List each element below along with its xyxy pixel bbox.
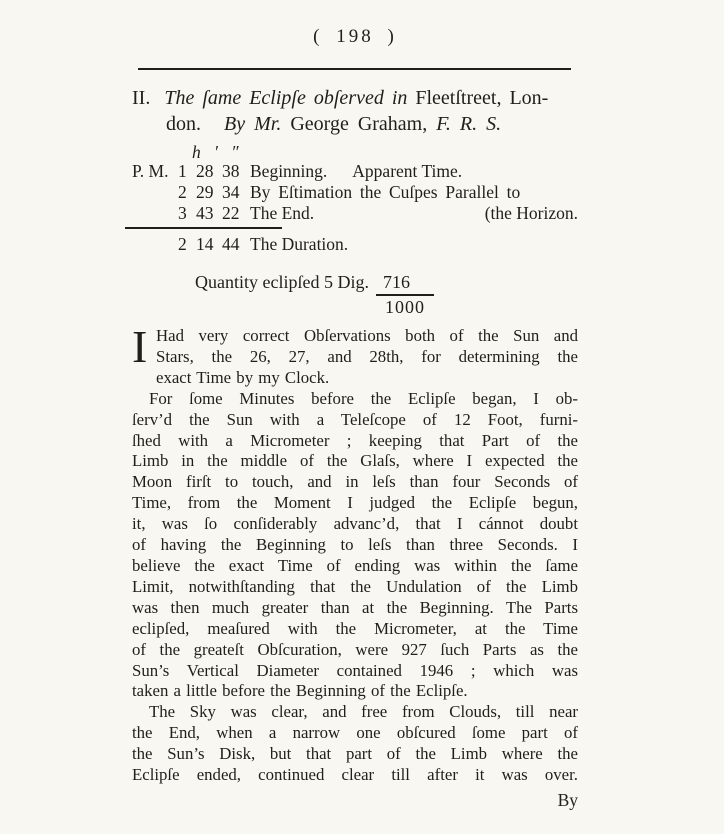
hours-value: 1 xyxy=(178,161,196,182)
quantity-label: Quantity eclipſed 5 Dig. xyxy=(195,272,369,292)
fraction-numerator: 716 xyxy=(376,272,434,296)
catchword: By xyxy=(132,790,578,811)
text-line: it, was ſo conſiderably advanc’d, that I… xyxy=(132,514,578,535)
text-line: of the greateſt Obſcuration, were 927 ſu… xyxy=(132,640,578,661)
drop-cap: I xyxy=(132,327,149,368)
row-note: The Duration. xyxy=(250,234,578,255)
text-line: taken a little before the Beginning of t… xyxy=(132,681,578,702)
minutes-value: 28 xyxy=(196,161,222,182)
event-label: Beginning. xyxy=(250,161,327,182)
quantity-eclipsed-line: Quantity eclipſed 5 Dig.7161000 xyxy=(132,272,578,318)
minutes-unit-label: ′ xyxy=(215,143,219,161)
text-line: exact Time by my Clock. xyxy=(132,368,578,389)
text-line: eclipſed, meaſured with the Micrometer, … xyxy=(132,619,578,640)
text-line: ſerv’d the Sun with a Teleſcope of 12 Fo… xyxy=(132,410,578,431)
article-numeral: II. xyxy=(132,87,150,109)
minutes-value: 14 xyxy=(196,234,222,255)
table-row: P. M. 1 28 38 Beginning. Apparent Time. xyxy=(132,161,578,182)
digits-fraction: 7161000 xyxy=(376,272,434,318)
paragraph-1: I Had very correct Obſervations both of … xyxy=(132,326,578,389)
text-line: Stars, the 26, 27, and 28th, for determi… xyxy=(132,347,578,368)
text-line: Time, from the Moment I judged the Eclip… xyxy=(132,493,578,514)
duration-label: The Duration. xyxy=(250,234,348,255)
author-honorific: F. R. S. xyxy=(436,113,501,135)
article-heading-line1: II. The ſame Eclipſe obſerved in Fleetſt… xyxy=(132,85,578,111)
seconds-value: 38 xyxy=(222,161,250,182)
minutes-value: 43 xyxy=(196,203,222,224)
text-line: Limit, notwithſtanding that the Undulati… xyxy=(132,577,578,598)
text-line: the End, when a narrow one obſcured ſome… xyxy=(132,723,578,744)
article-body: I Had very correct Obſervations both of … xyxy=(132,326,578,786)
hours-unit-label: h xyxy=(192,143,201,161)
time-system-label: Apparent Time. xyxy=(352,161,462,182)
table-row: 3 43 22 The End. (the Horizon. xyxy=(132,203,578,224)
author-name: George Graham, xyxy=(290,113,427,135)
text-line: Had very correct Obſervations both of th… xyxy=(132,326,578,347)
text-line: Eclipſe ended, continued clear till afte… xyxy=(132,765,578,786)
scanned-document-page: ( 198 ) II. The ſame Eclipſe obſerved in… xyxy=(0,0,724,834)
article-heading: II. The ſame Eclipſe obſerved in Fleetſt… xyxy=(132,85,578,137)
text-line: was then much greater than at the Beginn… xyxy=(132,598,578,619)
horizon-note: (the Horizon. xyxy=(485,203,578,224)
seconds-value: 44 xyxy=(222,234,250,255)
text-line: the Sun’s Disk, but that part of the Lim… xyxy=(132,744,578,765)
article-title-place: Fleetſtreet, Lon- xyxy=(415,87,548,109)
text-column: ( 198 ) II. The ſame Eclipſe obſerved in… xyxy=(132,0,578,811)
pm-label: P. M. xyxy=(132,161,178,182)
article-title-italic: The ſame Eclipſe obſerved in xyxy=(164,87,407,109)
page-number: ( 198 ) xyxy=(132,26,578,48)
hours-value: 2 xyxy=(178,234,196,255)
pm-label-empty xyxy=(132,203,178,224)
sum-rule xyxy=(125,227,282,229)
text-line: Sun’s Vertical Diameter contained 1946 ;… xyxy=(132,661,578,682)
fraction-denominator: 1000 xyxy=(376,296,434,318)
text-line: Moon firſt to touch, and in leſs than fo… xyxy=(132,472,578,493)
text-line: For ſome Minutes before the Eclipſe bega… xyxy=(132,389,578,410)
pm-label-empty xyxy=(132,234,178,255)
hours-value: 3 xyxy=(178,203,196,224)
event-label: The End. xyxy=(250,203,314,224)
seconds-value: 22 xyxy=(222,203,250,224)
header-rule xyxy=(138,68,571,70)
paragraph-3: The Sky was clear, and free from Clouds,… xyxy=(132,702,578,786)
observation-times-table: h ′ ″ P. M. 1 28 38 Beginning. Apparent … xyxy=(132,143,578,255)
text-line: of having the Beginning to leſs than thr… xyxy=(132,535,578,556)
article-heading-line2: don. By Mr. George Graham, F. R. S. xyxy=(132,111,578,137)
article-title-place-cont: don. xyxy=(166,113,201,135)
text-line: The Sky was clear, and free from Clouds,… xyxy=(132,702,578,723)
row-note: Beginning. Apparent Time. xyxy=(250,161,578,182)
hours-value: 2 xyxy=(178,182,196,203)
event-label: By Eſtimation the Cuſpes Parallel to xyxy=(250,182,520,203)
text-line: believe the exact Time of ending was wit… xyxy=(132,556,578,577)
minutes-value: 29 xyxy=(196,182,222,203)
table-unit-header: h ′ ″ xyxy=(132,143,578,161)
text-line: ſhed with a Micrometer ; keeping that Pa… xyxy=(132,431,578,452)
seconds-value: 34 xyxy=(222,182,250,203)
row-note: By Eſtimation the Cuſpes Parallel to xyxy=(250,182,578,203)
pm-label-empty xyxy=(132,182,178,203)
text-line: Limb in the middle of the Glaſs, where I… xyxy=(132,451,578,472)
byline-prefix: By Mr. xyxy=(224,113,281,135)
paragraph-2: For ſome Minutes before the Eclipſe bega… xyxy=(132,389,578,703)
seconds-unit-label: ″ xyxy=(232,143,239,161)
row-note: The End. (the Horizon. xyxy=(250,203,578,224)
table-row-duration: 2 14 44 The Duration. xyxy=(132,234,578,255)
table-row: 2 29 34 By Eſtimation the Cuſpes Paralle… xyxy=(132,182,578,203)
